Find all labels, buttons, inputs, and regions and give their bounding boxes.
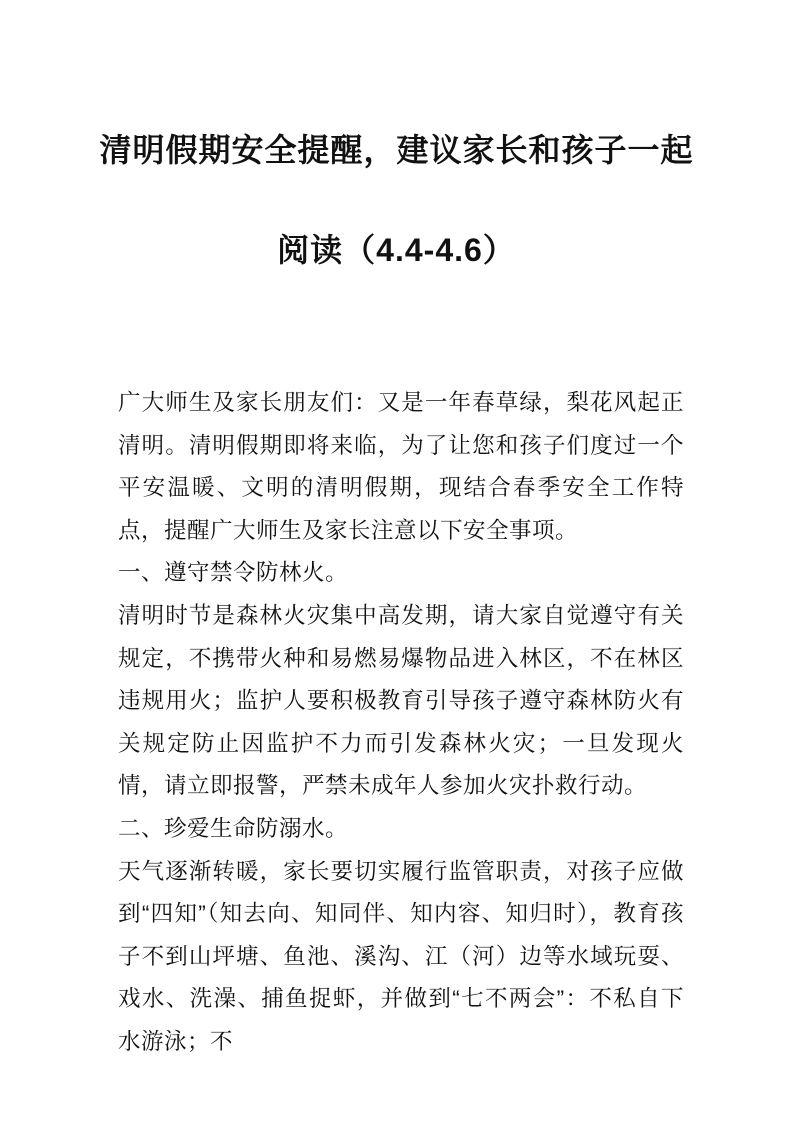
paragraph-intro: 广大师生及家长朋友们：又是一年春草绿，梨花风起正清明。清明假期即将来临，为了让您…	[118, 382, 684, 552]
document-title: 清明假期安全提醒，建议家长和孩子一起 阅读（4.4-4.6）	[0, 100, 793, 300]
paragraph-heading-forest-fire: 一、遵守禁令防林火。	[118, 552, 684, 595]
paragraph-drowning-detail: 天气逐渐转暖，家长要切实履行监管职责，对孩子应做到“四知”（知去向、知同伴、知内…	[118, 851, 684, 1064]
document-body: 广大师生及家长朋友们：又是一年春草绿，梨花风起正清明。清明假期即将来临，为了让您…	[118, 382, 684, 1064]
document-title-line-1: 清明假期安全提醒，建议家长和孩子一起	[0, 100, 793, 200]
paragraph-forest-fire-detail: 清明时节是森林火灾集中高发期，请大家自觉遵守有关规定，不携带火种和易燃易爆物品进…	[118, 595, 684, 808]
document-page: 清明假期安全提醒，建议家长和孩子一起 阅读（4.4-4.6） 广大师生及家长朋友…	[0, 0, 793, 1122]
paragraph-heading-drowning: 二、珍爱生命防溺水。	[118, 808, 684, 851]
document-title-line-2: 阅读（4.4-4.6）	[0, 200, 793, 300]
